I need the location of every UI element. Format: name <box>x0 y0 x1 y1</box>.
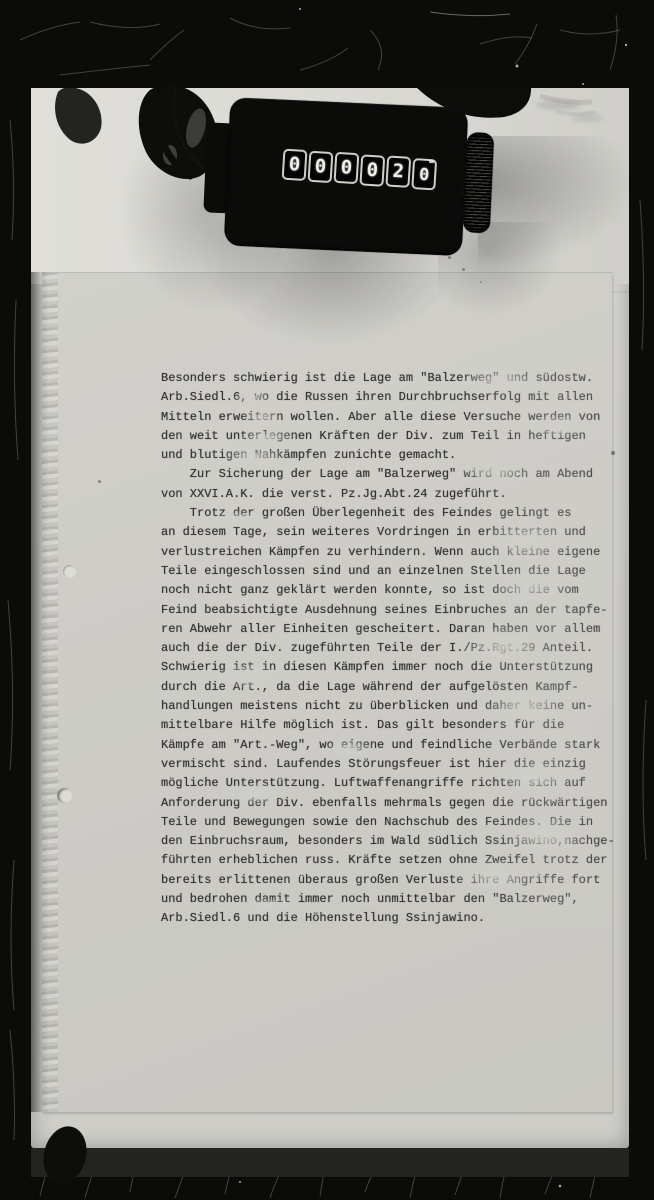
punch-hole <box>63 565 76 578</box>
counter-digit-cell: 0 <box>334 152 360 184</box>
counter-digit-cell: 2 <box>385 155 411 187</box>
film-edge-blob <box>55 87 102 143</box>
counter-digit: 0 <box>418 167 429 185</box>
punch-hole <box>57 788 72 803</box>
counter-digit: 0 <box>314 157 327 177</box>
document-page: Besonders schwierig ist die Lage am "Bal… <box>42 272 612 1112</box>
counter-digit-cell: 0 <box>282 149 308 181</box>
film-speck <box>98 480 101 483</box>
page-gutter-shadow <box>31 272 49 1112</box>
counter-body: 0 0 0 0 2 0 <box>224 97 468 256</box>
film-transition-band <box>31 1148 629 1177</box>
counter-digit: 2 <box>392 162 405 182</box>
frame-counter-device: 0 0 0 0 2 0 <box>199 86 506 269</box>
counter-digit: 0 <box>366 161 379 181</box>
film-speck <box>611 451 615 455</box>
typewritten-text: Besonders schwierig ist die Lage am "Bal… <box>161 369 615 929</box>
microfilm-scan: Besonders schwierig ist die Lage am "Bal… <box>0 0 654 1200</box>
counter-digit-cell: 0 <box>411 158 437 190</box>
counter-digit-cell: 0 <box>359 154 385 186</box>
counter-digit-cell: 0 <box>308 151 334 183</box>
counter-thumbwheel <box>463 132 495 233</box>
counter-digit: 0 <box>288 155 301 175</box>
counter-digit: 0 <box>340 158 353 178</box>
counter-digit-window: 0 0 0 0 2 0 <box>282 149 438 189</box>
